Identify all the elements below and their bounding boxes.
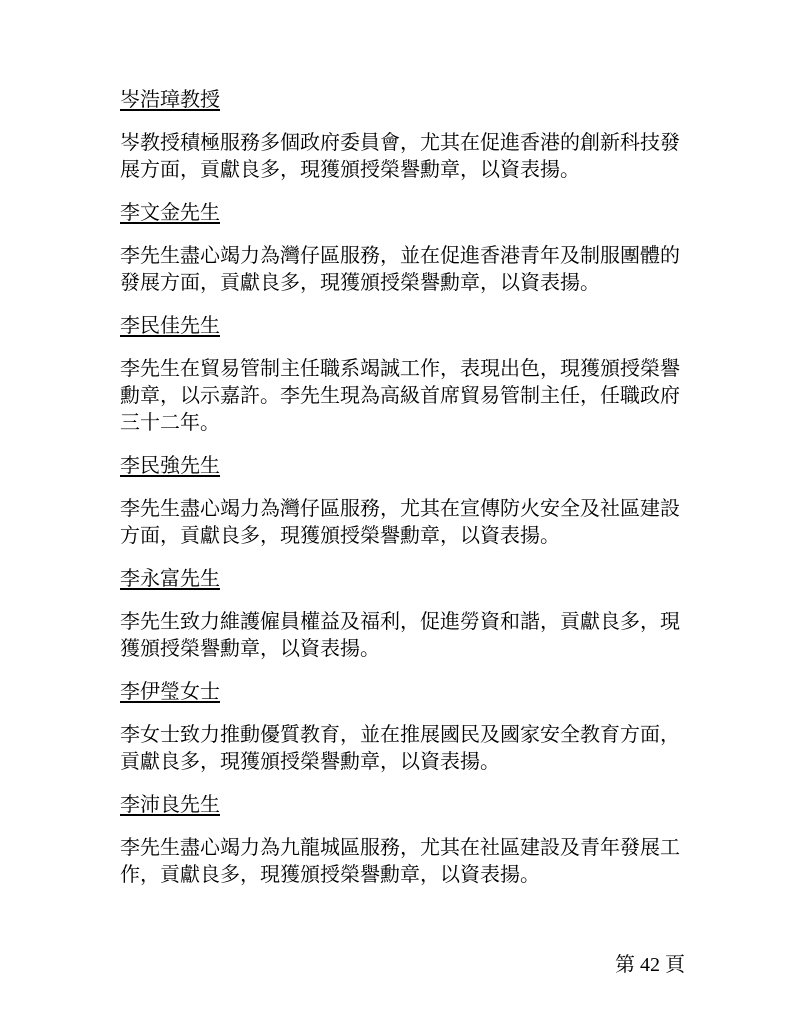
honouree-name-heading: 李民強先生 xyxy=(120,453,685,480)
honouree-name-heading: 李永富先生 xyxy=(120,566,685,593)
citation-paragraph: 岑教授積極服務多個政府委員會，尤其在促進香港的創新科技發展方面，貢獻良多，現獲頒… xyxy=(120,130,685,184)
honouree-section: 李文金先生 李先生盡心竭力為灣仔區服務，並在促進香港青年及制服團體的發展方面，貢… xyxy=(120,200,685,297)
honouree-section: 李民強先生 李先生盡心竭力為灣仔區服務，尤其在宣傳防火安全及社區建設方面，貢獻良… xyxy=(120,453,685,550)
honouree-section: 李沛良先生 李先生盡心竭力為九龍城區服務，尤其在社區建設及青年發展工作，貢獻良多… xyxy=(120,792,685,889)
citation-paragraph: 李先生盡心竭力為灣仔區服務，並在促進香港青年及制服團體的發展方面，貢獻良多，現獲… xyxy=(120,243,685,297)
honouree-section: 岑浩璋教授 岑教授積極服務多個政府委員會，尤其在促進香港的創新科技發展方面，貢獻… xyxy=(120,87,685,184)
citation-paragraph: 李先生盡心竭力為九龍城區服務，尤其在社區建設及青年發展工作，貢獻良多，現獲頒授榮… xyxy=(120,835,685,889)
honouree-section: 李伊瑩女士 李女士致力推動優質教育，並在推展國民及國家安全教育方面，貢獻良多，現… xyxy=(120,679,685,776)
citation-paragraph: 李先生在貿易管制主任職系竭誠工作，表現出色，現獲頒授榮譽勳章，以示嘉許。李先生現… xyxy=(120,356,685,437)
citation-paragraph: 李先生盡心竭力為灣仔區服務，尤其在宣傳防火安全及社區建設方面，貢獻良多，現獲頒授… xyxy=(120,496,685,550)
honouree-name-heading: 李民佳先生 xyxy=(120,313,685,340)
document-page: 岑浩璋教授 岑教授積極服務多個政府委員會，尤其在促進香港的創新科技發展方面，貢獻… xyxy=(0,0,791,1024)
honouree-name-heading: 李沛良先生 xyxy=(120,792,685,819)
citation-paragraph: 李女士致力推動優質教育，並在推展國民及國家安全教育方面，貢獻良多，現獲頒授榮譽勳… xyxy=(120,722,685,776)
honouree-name-heading: 李文金先生 xyxy=(120,200,685,227)
page-number: 第 42 頁 xyxy=(615,953,685,977)
honouree-section: 李民佳先生 李先生在貿易管制主任職系竭誠工作，表現出色，現獲頒授榮譽勳章，以示嘉… xyxy=(120,313,685,437)
honouree-name-heading: 岑浩璋教授 xyxy=(120,87,685,114)
honouree-section: 李永富先生 李先生致力維護僱員權益及福利，促進勞資和諧，貢獻良多，現獲頒授榮譽勳… xyxy=(120,566,685,663)
citation-paragraph: 李先生致力維護僱員權益及福利，促進勞資和諧，貢獻良多，現獲頒授榮譽勳章，以資表揚… xyxy=(120,609,685,663)
honouree-name-heading: 李伊瑩女士 xyxy=(120,679,685,706)
